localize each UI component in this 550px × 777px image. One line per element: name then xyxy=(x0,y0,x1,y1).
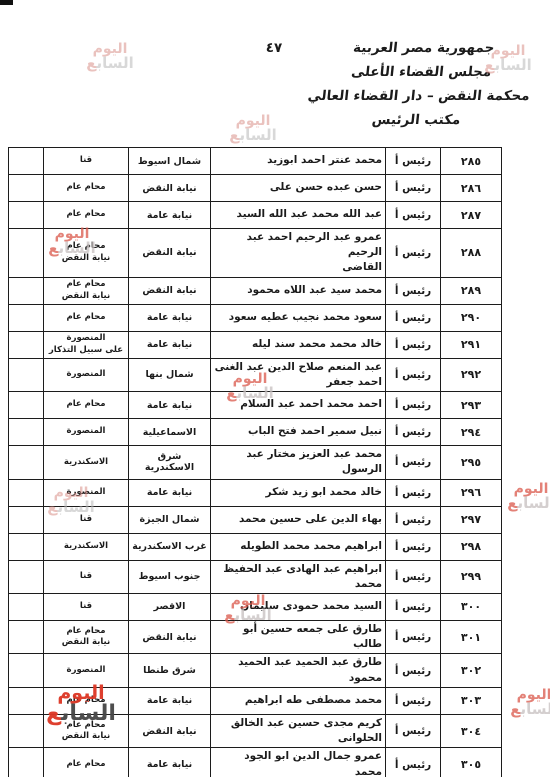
youm7-watermark-icon: اليومالسابع xyxy=(508,688,550,717)
row-number: ٣٠٢ xyxy=(441,654,502,687)
row-name: ابراهيم محمد محمد الطويله xyxy=(211,533,386,560)
row-empty-cell xyxy=(9,419,44,446)
row-rank: رئيس أ xyxy=(386,175,441,202)
row-rank: رئيس أ xyxy=(386,331,441,358)
row-empty-cell xyxy=(9,304,44,331)
row-department: نيابة عامة xyxy=(129,748,211,777)
table-row: ٢٩٦رئيس أخالد محمد ابو زيد شكرنيابة عامة… xyxy=(9,479,502,506)
row-note: قنا xyxy=(44,506,129,533)
letterhead-court: محكمة النقض – دار القضاء العالي xyxy=(283,84,550,108)
row-number: ٢٩٨ xyxy=(441,533,502,560)
row-note: محام عام xyxy=(44,202,129,229)
row-name: السيد محمد حمودى سليمان xyxy=(211,593,386,620)
row-note: محام عام xyxy=(44,175,129,202)
row-department: نيابة عامة xyxy=(129,392,211,419)
row-department: نيابة النقض xyxy=(129,620,211,653)
row-name: عمرو عبد الرحيم احمد عبد الرحيم القاضى xyxy=(211,229,386,278)
row-empty-cell xyxy=(9,229,44,278)
letterhead: جمهورية مصر العربية مجلس القضاء الأعلى م… xyxy=(281,36,550,132)
row-note: محام عام نيابة النقض xyxy=(44,620,129,653)
row-empty-cell xyxy=(9,392,44,419)
table-row: ٣٠٣رئيس أمحمد مصطفى طه ابراهيمنيابة عامة… xyxy=(9,687,502,714)
row-number: ٣٠٠ xyxy=(441,593,502,620)
table-row: ٢٩٩رئيس أابراهيم عبد الهادى عبد الحفيظ م… xyxy=(9,560,502,593)
row-note: المنصورة على سبيل التذكار xyxy=(44,331,129,358)
row-note: المنصورة xyxy=(44,654,129,687)
row-empty-cell xyxy=(9,714,44,747)
row-rank: رئيس أ xyxy=(386,479,441,506)
row-rank: رئيس أ xyxy=(386,392,441,419)
table-row: ٢٨٨رئيس أعمرو عبد الرحيم احمد عبد الرحيم… xyxy=(9,229,502,278)
row-department: الاسماعيلية xyxy=(129,419,211,446)
row-department: نيابة عامة xyxy=(129,331,211,358)
page-number: ٤٧ xyxy=(254,40,294,56)
row-note: محام عام xyxy=(44,392,129,419)
row-note: قنا xyxy=(44,560,129,593)
row-rank: رئيس أ xyxy=(386,419,441,446)
row-name: احمد محمد احمد عبد السلام xyxy=(211,392,386,419)
row-number: ٢٩٢ xyxy=(441,358,502,391)
row-empty-cell xyxy=(9,175,44,202)
row-rank: رئيس أ xyxy=(386,304,441,331)
row-department: شرق طنطا xyxy=(129,654,211,687)
row-note: محام عام نيابة النقض xyxy=(44,277,129,304)
row-department: شمال اسيوط xyxy=(129,148,211,175)
judges-roster-table: ٢٨٥رئيس أمحمد عنتر احمد ابوزيدشمال اسيوط… xyxy=(8,147,502,777)
row-name: بهاء الدين على حسين محمد xyxy=(211,506,386,533)
row-empty-cell xyxy=(9,479,44,506)
row-note: محام عام xyxy=(44,304,129,331)
table-row: ٢٨٩رئيس أمحمد سيد عبد اللاه محمودنيابة ا… xyxy=(9,277,502,304)
table-row: ٢٩٨رئيس أابراهيم محمد محمد الطويلهغرب ال… xyxy=(9,533,502,560)
row-rank: رئيس أ xyxy=(386,620,441,653)
table-row: ٢٩١رئيس أخالد محمد محمد سند ليلهنيابة عا… xyxy=(9,331,502,358)
row-note: المنصورة xyxy=(44,358,129,391)
scan-artifact xyxy=(0,0,13,5)
row-note: محام عام xyxy=(44,748,129,777)
table-row: ٢٩٤رئيس أنبيل سمير احمد فتح البابالاسماع… xyxy=(9,419,502,446)
row-note: قنا xyxy=(44,593,129,620)
table-row: ٢٩٣رئيس أاحمد محمد احمد عبد السلامنيابة … xyxy=(9,392,502,419)
row-rank: رئيس أ xyxy=(386,714,441,747)
row-rank: رئيس أ xyxy=(386,593,441,620)
row-number: ٣٠٣ xyxy=(441,687,502,714)
table-row: ٣٠٢رئيس أطارق عبد الحميد عبد الحميد محمو… xyxy=(9,654,502,687)
row-number: ٢٩٤ xyxy=(441,419,502,446)
row-rank: رئيس أ xyxy=(386,748,441,777)
row-number: ٢٩٠ xyxy=(441,304,502,331)
row-name: عبد المنعم صلاح الدين عبد الغنى احمد جعف… xyxy=(211,358,386,391)
row-rank: رئيس أ xyxy=(386,654,441,687)
row-number: ٣٠٥ xyxy=(441,748,502,777)
youm7-watermark-icon: اليومالسابع xyxy=(84,42,136,71)
row-rank: رئيس أ xyxy=(386,229,441,278)
row-department: نيابة النقض xyxy=(129,714,211,747)
row-empty-cell xyxy=(9,446,44,479)
row-department: نيابة النقض xyxy=(129,277,211,304)
row-note: المنصورة xyxy=(44,479,129,506)
table-row: ٢٩٧رئيس أبهاء الدين على حسين محمدشمال ال… xyxy=(9,506,502,533)
row-number: ٢٨٨ xyxy=(441,229,502,278)
letterhead-country: جمهورية مصر العربية xyxy=(289,36,550,60)
row-department: نيابة عامة xyxy=(129,304,211,331)
letterhead-office: مكتب الرئيس xyxy=(281,108,550,132)
row-number: ٢٨٦ xyxy=(441,175,502,202)
row-empty-cell xyxy=(9,533,44,560)
row-department: شمال بنها xyxy=(129,358,211,391)
row-rank: رئيس أ xyxy=(386,202,441,229)
row-name: سعود محمد نجيب عطيه سعود xyxy=(211,304,386,331)
row-department: نيابة النقض xyxy=(129,229,211,278)
row-empty-cell xyxy=(9,748,44,777)
table-row: ٣٠٠رئيس أالسيد محمد حمودى سليمانالاقصرقن… xyxy=(9,593,502,620)
row-name: عمرو جمال الدين ابو الجود محمد xyxy=(211,748,386,777)
table-row: ٢٨٧رئيس أعبد الله محمد عبد الله السيدنيا… xyxy=(9,202,502,229)
row-rank: رئيس أ xyxy=(386,277,441,304)
row-department: جنوب اسيوط xyxy=(129,560,211,593)
row-name: محمد سيد عبد اللاه محمود xyxy=(211,277,386,304)
row-name: كريم مجدى حسين عبد الخالق الحلوانى xyxy=(211,714,386,747)
row-number: ٢٩٧ xyxy=(441,506,502,533)
row-empty-cell xyxy=(9,331,44,358)
roster-table-body: ٢٨٥رئيس أمحمد عنتر احمد ابوزيدشمال اسيوط… xyxy=(9,148,502,777)
row-note: قنا xyxy=(44,148,129,175)
table-row: ٢٨٥رئيس أمحمد عنتر احمد ابوزيدشمال اسيوط… xyxy=(9,148,502,175)
table-row: ٣٠١رئيس أطارق على جمعه حسين أبو طالبنياب… xyxy=(9,620,502,653)
row-department: نيابة النقض xyxy=(129,175,211,202)
row-department: شمال الجيزة xyxy=(129,506,211,533)
row-empty-cell xyxy=(9,506,44,533)
table-row: ٢٨٦رئيس أحسن عبده حسن علىنيابة النقضمحام… xyxy=(9,175,502,202)
row-name: طارق عبد الحميد عبد الحميد محمود xyxy=(211,654,386,687)
row-name: حسن عبده حسن على xyxy=(211,175,386,202)
row-note: محام عام نيابة النقض xyxy=(44,229,129,278)
row-department: شرق الاسكندرية xyxy=(129,446,211,479)
row-number: ٢٩٦ xyxy=(441,479,502,506)
letterhead-council: مجلس القضاء الأعلى xyxy=(286,60,550,84)
row-empty-cell xyxy=(9,148,44,175)
scanned-document-page: { "page": { "number_label": "٤٧", "heade… xyxy=(0,0,550,777)
row-note: محام عام xyxy=(44,687,129,714)
row-empty-cell xyxy=(9,560,44,593)
row-number: ٢٨٥ xyxy=(441,148,502,175)
row-name: محمد عنتر احمد ابوزيد xyxy=(211,148,386,175)
table-row: ٢٩٢رئيس أعبد المنعم صلاح الدين عبد الغنى… xyxy=(9,358,502,391)
youm7-watermark-icon: اليومالسابع xyxy=(505,482,550,511)
row-empty-cell xyxy=(9,202,44,229)
row-department: نيابة عامة xyxy=(129,479,211,506)
row-number: ٣٠٤ xyxy=(441,714,502,747)
row-name: محمد مصطفى طه ابراهيم xyxy=(211,687,386,714)
row-name: عبد الله محمد عبد الله السيد xyxy=(211,202,386,229)
row-name: نبيل سمير احمد فتح الباب xyxy=(211,419,386,446)
row-empty-cell xyxy=(9,687,44,714)
row-empty-cell xyxy=(9,593,44,620)
row-name: محمد عبد العزيز مختار عبد الرسول xyxy=(211,446,386,479)
row-note: المنصورة xyxy=(44,419,129,446)
table-row: ٣٠٤رئيس أكريم مجدى حسين عبد الخالق الحلو… xyxy=(9,714,502,747)
table-row: ٢٩٠رئيس أسعود محمد نجيب عطيه سعودنيابة ع… xyxy=(9,304,502,331)
row-department: نيابة عامة xyxy=(129,687,211,714)
row-department: نيابة عامة xyxy=(129,202,211,229)
row-empty-cell xyxy=(9,358,44,391)
row-rank: رئيس أ xyxy=(386,687,441,714)
row-number: ٣٠١ xyxy=(441,620,502,653)
row-number: ٢٩٩ xyxy=(441,560,502,593)
youm7-watermark-icon: اليومالسابع xyxy=(227,114,279,143)
row-rank: رئيس أ xyxy=(386,506,441,533)
row-rank: رئيس أ xyxy=(386,148,441,175)
row-number: ٢٨٩ xyxy=(441,277,502,304)
row-note: محام عام نيابة النقض xyxy=(44,714,129,747)
row-department: غرب الاسكندرية xyxy=(129,533,211,560)
row-number: ٢٩١ xyxy=(441,331,502,358)
row-department: الاقصر xyxy=(129,593,211,620)
row-rank: رئيس أ xyxy=(386,358,441,391)
table-row: ٢٩٥رئيس أمحمد عبد العزيز مختار عبد الرسو… xyxy=(9,446,502,479)
row-number: ٢٩٣ xyxy=(441,392,502,419)
row-name: ابراهيم عبد الهادى عبد الحفيظ محمد xyxy=(211,560,386,593)
row-number: ٢٨٧ xyxy=(441,202,502,229)
row-name: خالد محمد محمد سند ليله xyxy=(211,331,386,358)
row-empty-cell xyxy=(9,620,44,653)
table-row: ٣٠٥رئيس أعمرو جمال الدين ابو الجود محمدن… xyxy=(9,748,502,777)
row-note: الاسكندرية xyxy=(44,533,129,560)
row-empty-cell xyxy=(9,654,44,687)
row-rank: رئيس أ xyxy=(386,446,441,479)
row-number: ٢٩٥ xyxy=(441,446,502,479)
row-rank: رئيس أ xyxy=(386,533,441,560)
row-note: الاسكندرية xyxy=(44,446,129,479)
row-name: خالد محمد ابو زيد شكر xyxy=(211,479,386,506)
row-name: طارق على جمعه حسين أبو طالب xyxy=(211,620,386,653)
row-rank: رئيس أ xyxy=(386,560,441,593)
row-empty-cell xyxy=(9,277,44,304)
